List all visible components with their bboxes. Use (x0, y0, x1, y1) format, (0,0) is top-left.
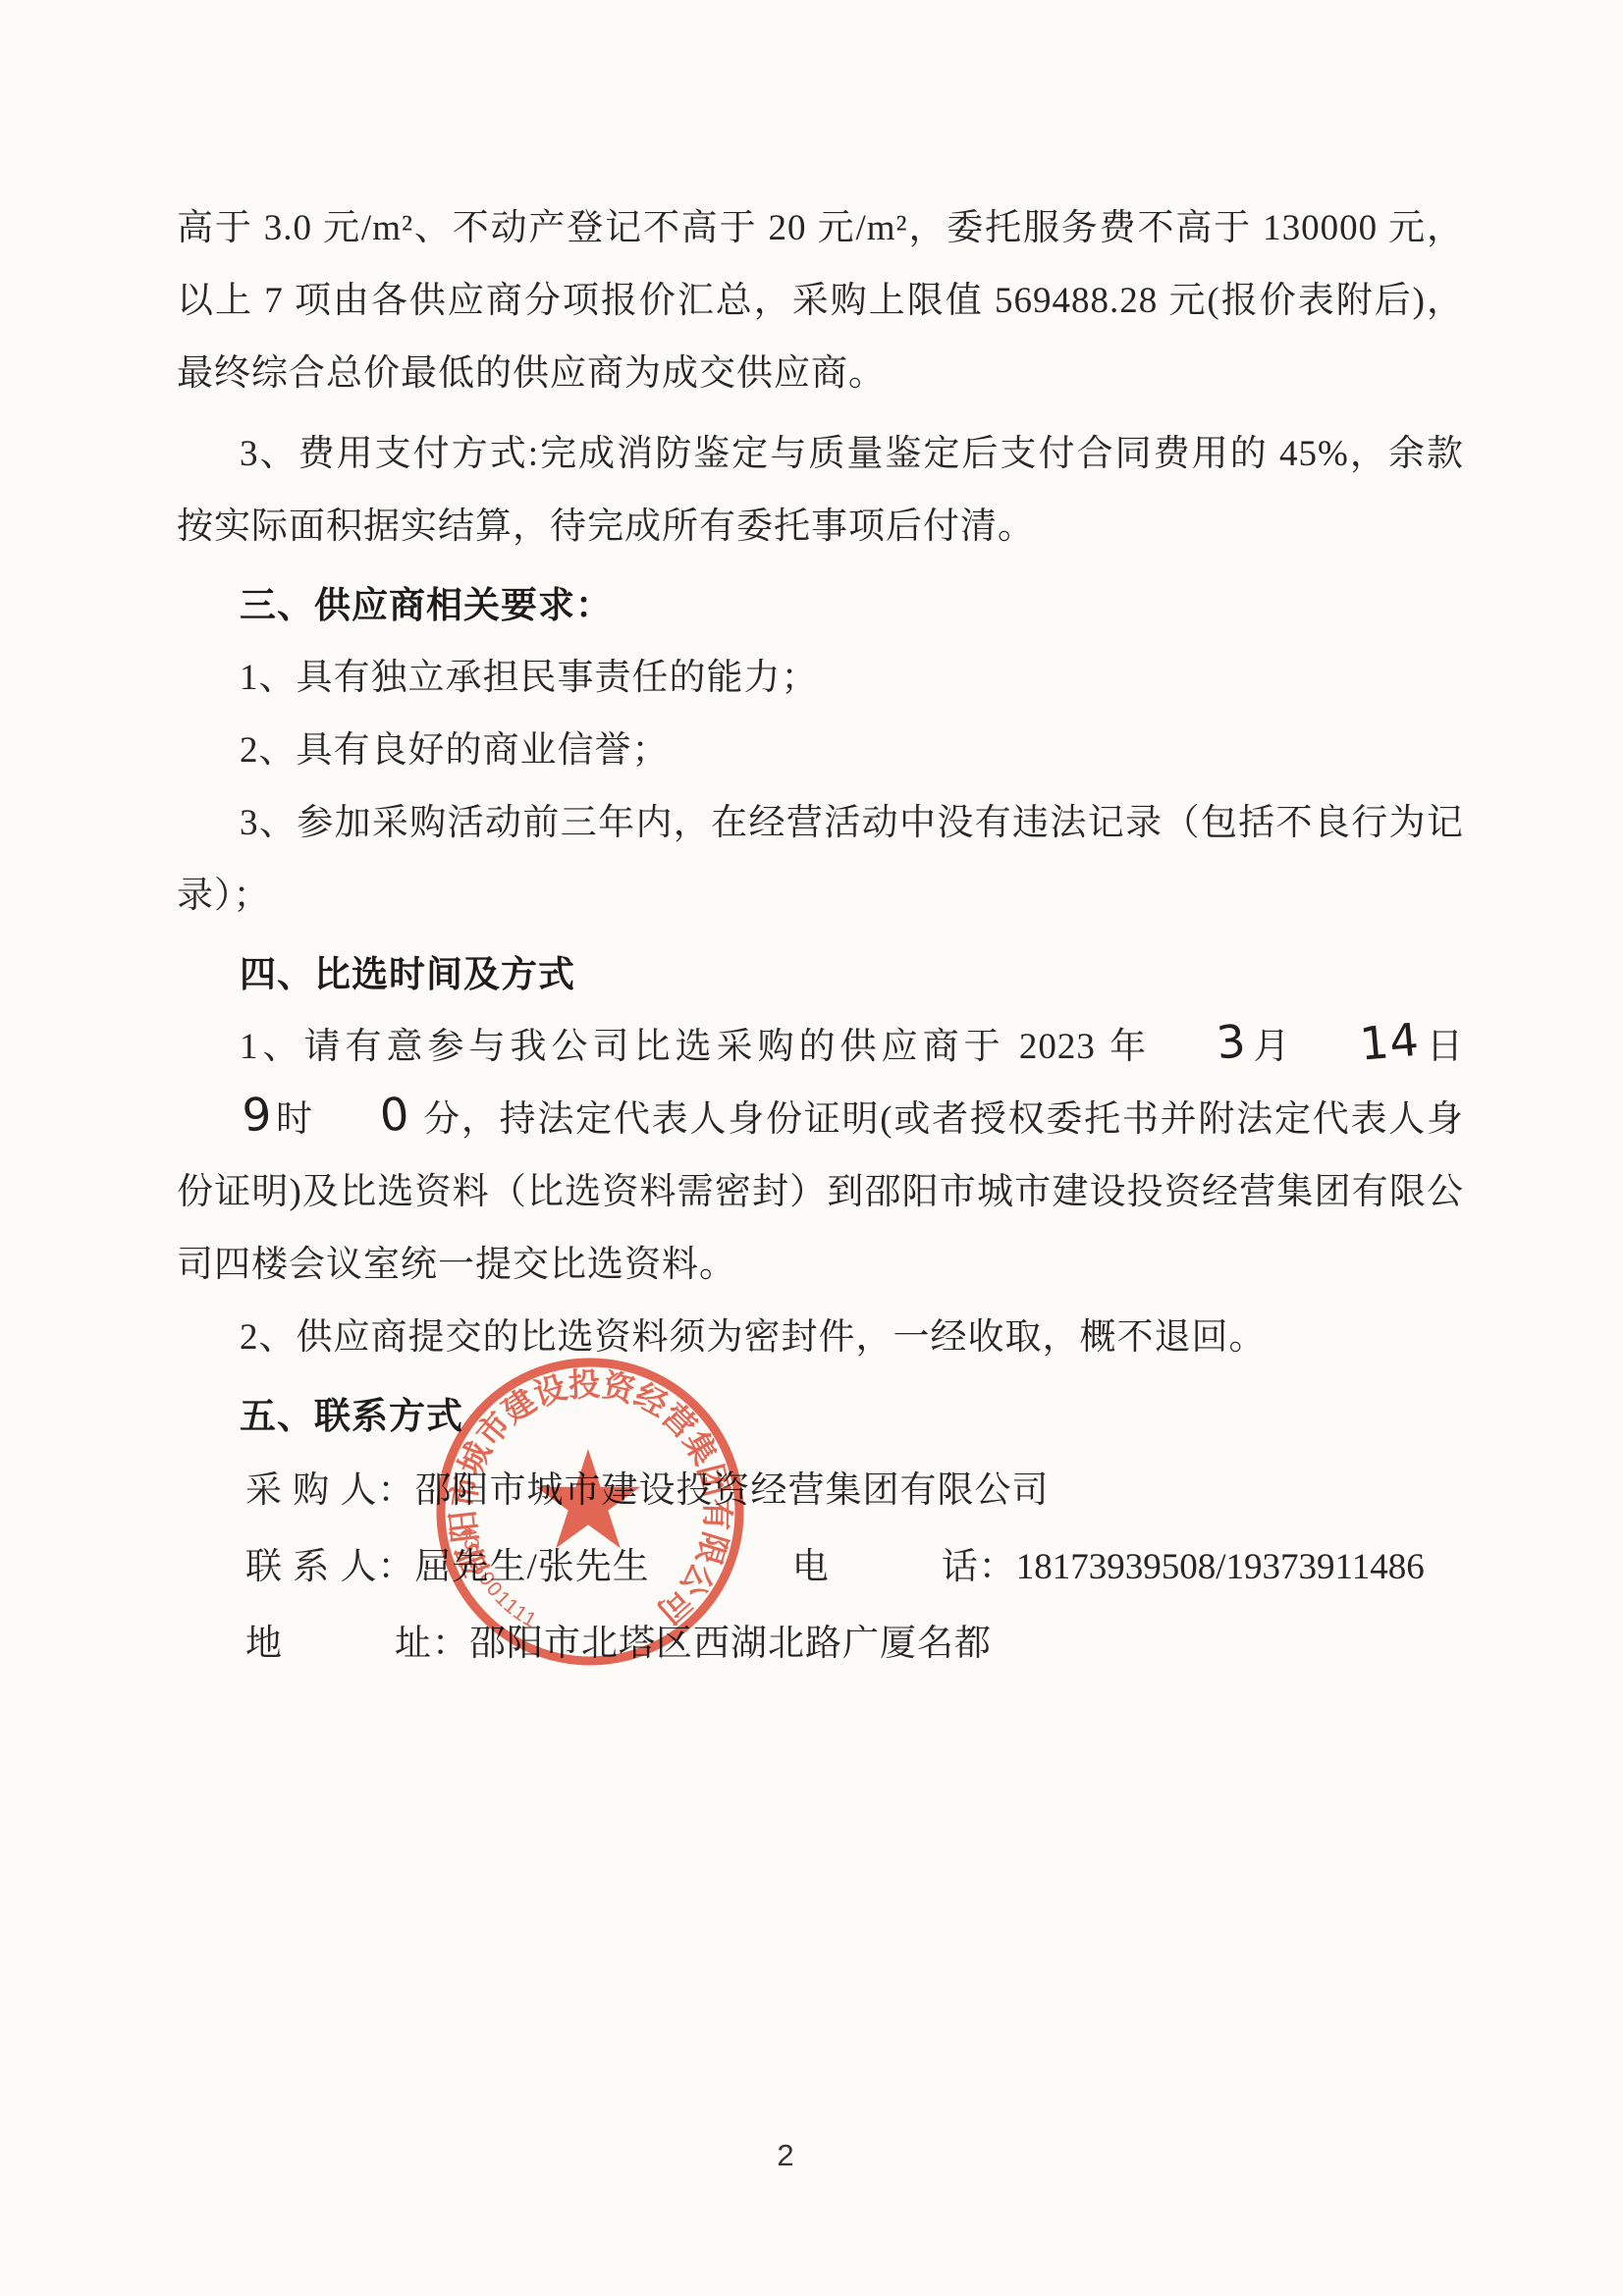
phone-value: 18173939508/19373911486 (1016, 1547, 1425, 1587)
day-label: 日 (1423, 1027, 1464, 1067)
paragraph-price-carryover: 高于 3.0 元/m²、不动产登记不高于 20 元/m²，委托服务费不高于 13… (177, 192, 1464, 410)
contact-person-value: 屈先生/张先生 (415, 1547, 650, 1587)
paragraph-sealed-documents: 2、供应商提交的比选资料须为密封件，一经收取，概不退回。 (177, 1302, 1464, 1374)
section-heading-supplier-requirements: 三、供应商相关要求： (177, 569, 1464, 642)
buyer-label: 采 购 人： (245, 1453, 415, 1529)
paragraph-requirement-2: 2、具有良好的商业信誉； (177, 715, 1464, 787)
section-heading-selection-time: 四、比选时间及方式 (177, 938, 1464, 1011)
address-value: 邵阳市北塔区西湖北路广厦名都 (469, 1624, 992, 1664)
paragraph-requirement-3: 3、参加采购活动前三年内，在经营活动中没有违法记录（包括不良行为记录）； (177, 787, 1464, 933)
document-body: 高于 3.0 元/m²、不动产登记不高于 20 元/m²，委托服务费不高于 13… (177, 192, 1464, 1682)
paragraph-payment-terms: 3、费用支付方式:完成消防鉴定与质量鉴定后支付合同费用的 45%，余款按实际面积… (177, 418, 1464, 563)
selection-time-text: 1、请有意参与我公司比选采购的供应商于 2023 年 (240, 1027, 1151, 1067)
hour-label: 时 (275, 1099, 314, 1140)
contact-row-buyer: 采 购 人：邵阳市城市建设投资经营集团有限公司 (245, 1453, 1464, 1529)
handwritten-month: 3 (1150, 1018, 1252, 1072)
contact-row-person-phone: 联 系 人：屈先生/张先生电 话：18173939508/19373911486 (245, 1529, 1464, 1606)
phone-label: 电 话： (792, 1529, 1016, 1606)
section-heading-contact: 五、联系方式 (177, 1380, 1464, 1453)
paragraph-requirement-1: 1、具有独立承担民事责任的能力； (177, 642, 1464, 715)
page-number: 2 (0, 2138, 1571, 2173)
buyer-value: 邵阳市城市建设投资经营集团有限公司 (415, 1470, 1050, 1511)
paragraph-selection-time: 1、请有意参与我公司比选采购的供应商于 2023 年3月14日9时0 分，持法定… (177, 1011, 1464, 1302)
contact-row-address: 地 址：邵阳市北塔区西湖北路广厦名都 (245, 1606, 1464, 1682)
month-label: 月 (1249, 1027, 1294, 1067)
contact-person-label: 联 系 人： (245, 1529, 415, 1606)
handwritten-day: 14 (1293, 1016, 1425, 1072)
address-label: 地 址： (245, 1606, 469, 1682)
handwritten-minute: 0 (312, 1091, 414, 1145)
handwritten-hour: 9 (175, 1091, 277, 1145)
contact-block: 采 购 人：邵阳市城市建设投资经营集团有限公司 联 系 人：屈先生/张先生电 话… (245, 1453, 1464, 1682)
document-page: 高于 3.0 元/m²、不动产登记不高于 20 元/m²，委托服务费不高于 13… (0, 0, 1623, 2296)
